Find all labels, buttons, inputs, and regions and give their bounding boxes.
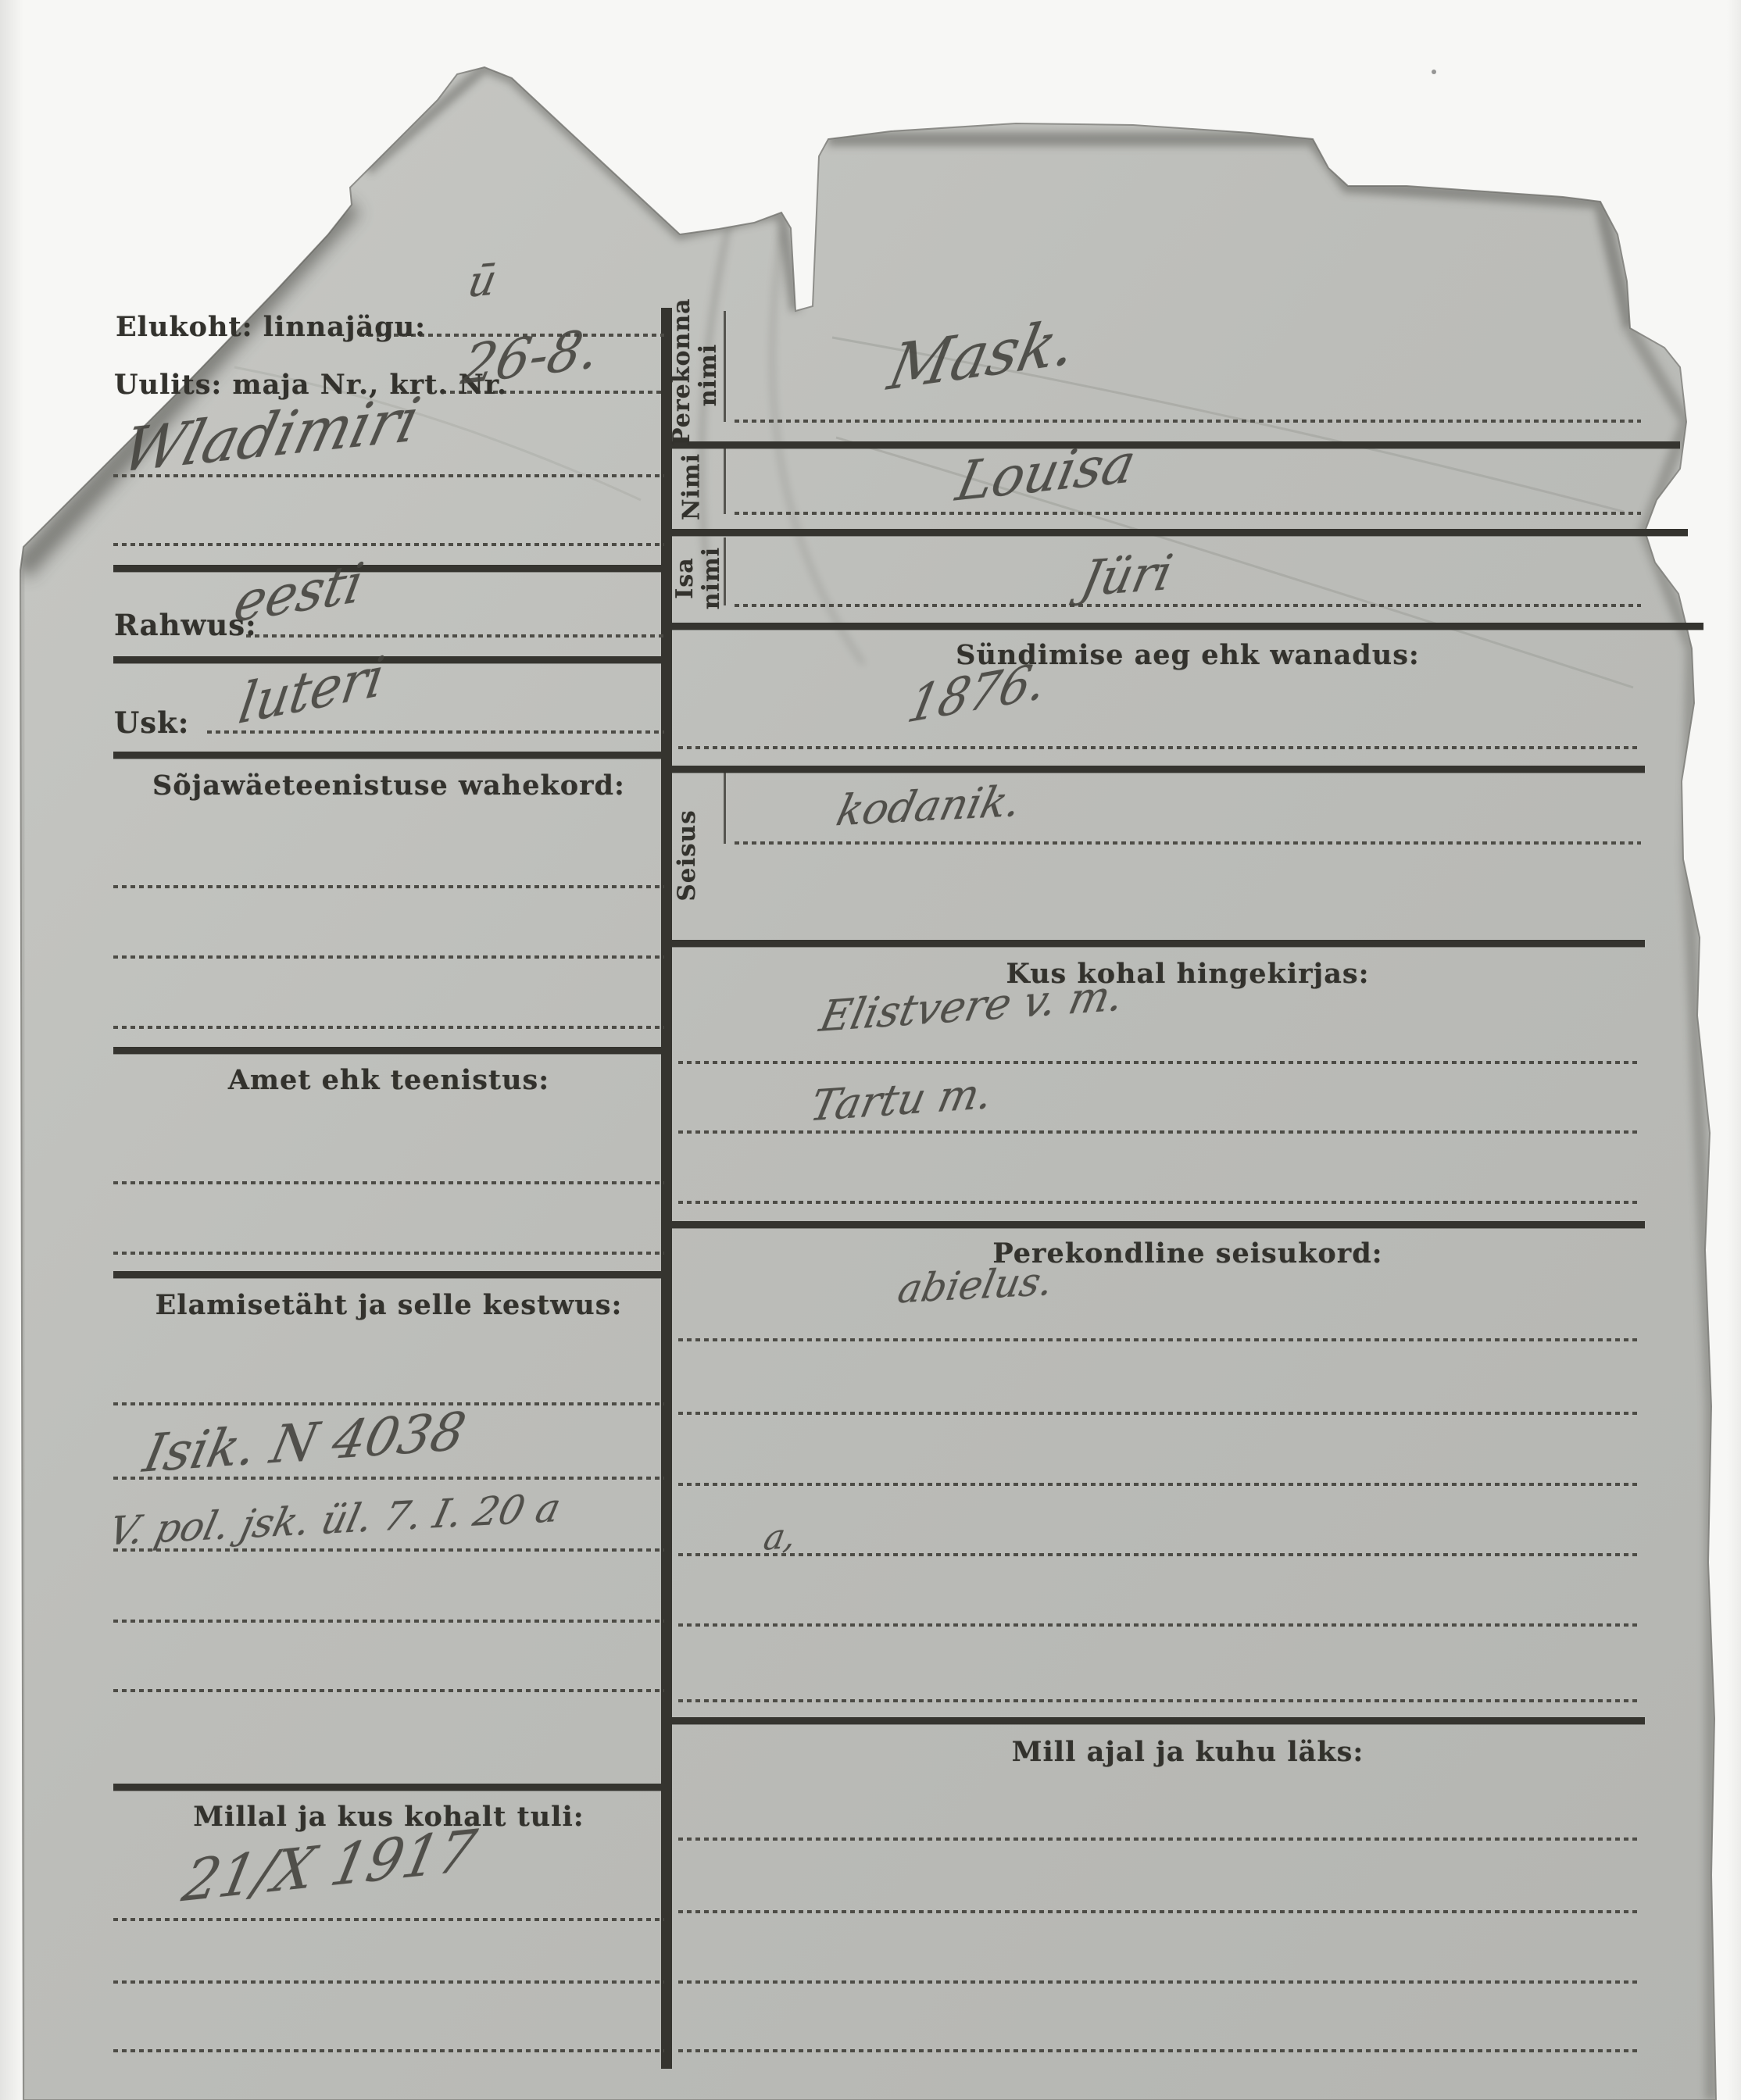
rule-dotted (678, 1699, 1641, 1702)
rule-thick (113, 1271, 664, 1278)
rule-dotted (246, 634, 664, 637)
rule-dotted (678, 1910, 1641, 1913)
rule-dotted (678, 1412, 1641, 1415)
rule-dotted (678, 1061, 1641, 1064)
rule-thick (113, 752, 664, 759)
rule-thick (113, 656, 664, 663)
paper-fleck (1432, 70, 1436, 74)
rule-thick (113, 1784, 664, 1791)
section-header-sojavaeteenistus: Sõjawäeteenistuse wahekord: (113, 770, 664, 802)
vertical-label-seisus: Seisus (674, 773, 722, 937)
rule-thick (670, 1717, 1645, 1724)
field-label-usk: Usk: (114, 705, 189, 740)
section-header-sundimise-aeg: Sündimise aeg ehk wanadus: (731, 639, 1645, 671)
rule-dotted (678, 1623, 1641, 1627)
rule-dotted (678, 1483, 1641, 1486)
label-separator-line (724, 772, 726, 844)
rule-dotted (678, 1201, 1641, 1204)
rule-dotted (113, 1181, 664, 1184)
vertical-label-isa-nimi: Isa nimi (672, 539, 725, 617)
rule-dotted (113, 1980, 664, 1984)
vertical-label-nimi: Nimi (679, 446, 726, 528)
rule-thick (670, 1221, 1645, 1228)
handwritten-status: kodanik. (832, 776, 1026, 835)
rule-dotted (113, 2049, 664, 2052)
section-header-elamisetaht: Elamisetäht ja selle kestwus: (113, 1289, 664, 1321)
field-label-elukoht: Elukoht: linnajägu: (116, 311, 426, 343)
rule-dotted (113, 885, 664, 888)
rule-thick (113, 1047, 664, 1054)
rule-thick (670, 766, 1645, 773)
rule-dotted (735, 604, 1641, 607)
section-header-mill-ajal-laks: Mill ajal ja kuhu läks: (731, 1736, 1645, 1768)
section-header-kus-kohal-hingekirjas: Kus kohal hingekirjas: (731, 958, 1645, 990)
rule-dotted (113, 1689, 664, 1692)
rule-dotted (678, 1338, 1641, 1341)
rule-thick (670, 623, 1703, 630)
rule-dotted (113, 1026, 664, 1029)
handwritten-father-name: Jüri (1076, 543, 1178, 607)
rule-dotted (678, 1130, 1641, 1134)
rule-dotted (207, 730, 664, 734)
rule-thick (113, 565, 664, 572)
rule-dotted (678, 1553, 1641, 1556)
rule-dotted (678, 746, 1641, 749)
vertical-label-perekonna-nimi: Perekonna nimi (669, 305, 728, 445)
rule-thick (670, 940, 1645, 947)
handwritten-marital-status: abielus. (894, 1259, 1056, 1312)
rule-dotted (113, 1620, 664, 1623)
section-header-amet: Amet ehk teenistus: (113, 1064, 664, 1096)
section-header-perekondline-seisukord: Perekondline seisukord: (731, 1237, 1645, 1270)
rule-dotted (113, 955, 664, 959)
rule-dotted (735, 420, 1641, 423)
rule-dotted (113, 1402, 664, 1405)
rule-dotted (113, 1252, 664, 1255)
rule-dotted (735, 841, 1641, 845)
rule-dotted (678, 1837, 1641, 1841)
rule-thick (670, 529, 1688, 536)
rule-dotted (678, 1980, 1641, 1984)
scanned-document-page: Elukoht: linnajägu: Uulits: maja Nr., kr… (0, 0, 1741, 2100)
rule-dotted (113, 1918, 664, 1921)
rule-dotted (113, 543, 664, 546)
rule-thick (670, 441, 1680, 448)
rule-dotted (678, 2049, 1641, 2052)
rule-dotted (735, 512, 1641, 515)
